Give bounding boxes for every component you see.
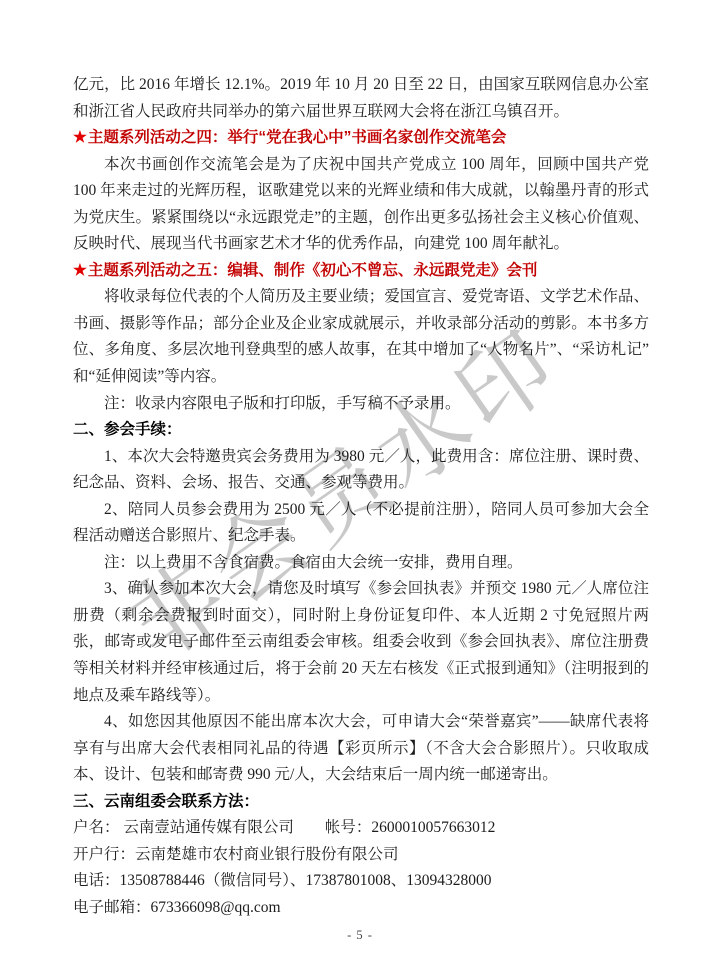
heading-label: 主题系列活动之五：编辑、制作《初心不曾忘、永远跟党走》会刊 [88, 262, 538, 279]
document-content: 亿元，比 2016 年增长 12.1%。2019 年 10 月 20 日至 22… [73, 72, 649, 922]
paragraph: 电子邮箱：673366098@qq.com [73, 895, 649, 922]
section-heading: 三、云南组委会联系方法： [73, 789, 649, 816]
paragraph: 4、如您因其他原因不能出席本次大会，可申请大会“荣誉嘉宾”——缺席代表将享有与出… [73, 709, 649, 789]
paragraph: 注：以上费用不含食宿费。食宿由大会统一安排，费用自理。 [73, 550, 649, 577]
paragraph: 本次书画创作交流笔会是为了庆祝中国共产党成立 100 周年，回顾中国共产党 10… [73, 152, 649, 258]
star-icon: ★ [73, 129, 87, 146]
paragraph: 2、陪同人员参会费用为 2500 元／人（不必提前注册），陪同人员可参加大会全程… [73, 497, 649, 550]
paragraph: 将收录每位代表的个人简历及主要业绩；爱国宣言、爱党寄语、文学艺术作品、书画、摄影… [73, 284, 649, 390]
paragraph: 注：收录内容限电子版和打印版，手写稿不予录用。 [73, 391, 649, 418]
paragraph: 电话：13508788446（微信同号）、17387801008、1309432… [73, 868, 649, 895]
section-heading: ★主题系列活动之四：举行“党在我心中”书画名家创作交流笔会 [73, 125, 649, 152]
section-heading: ★主题系列活动之五：编辑、制作《初心不曾忘、永远跟党走》会刊 [73, 258, 649, 285]
paragraph: 开户行：云南楚雄市农村商业银行股份有限公司 [73, 842, 649, 869]
document-page: 非会员水印 亿元，比 2016 年增长 12.1%。2019 年 10 月 20… [0, 0, 720, 977]
paragraph: 亿元，比 2016 年增长 12.1%。2019 年 10 月 20 日至 22… [73, 72, 649, 125]
paragraph: 户名： 云南壹站通传媒有限公司 帐号：2600010057663012 [73, 815, 649, 842]
section-heading: 二、参会手续： [73, 417, 649, 444]
heading-label: 主题系列活动之四：举行“党在我心中”书画名家创作交流笔会 [88, 129, 507, 146]
page-number: - 5 - [0, 928, 720, 943]
paragraph: 1、本次大会特邀贵宾会务费用为 3980 元／人，此费用含：席位注册、课时费、纪… [73, 444, 649, 497]
star-icon: ★ [73, 262, 87, 279]
paragraph: 3、确认参加本次大会，请您及时填写《参会回执表》并预交 1980 元／人席位注册… [73, 576, 649, 709]
